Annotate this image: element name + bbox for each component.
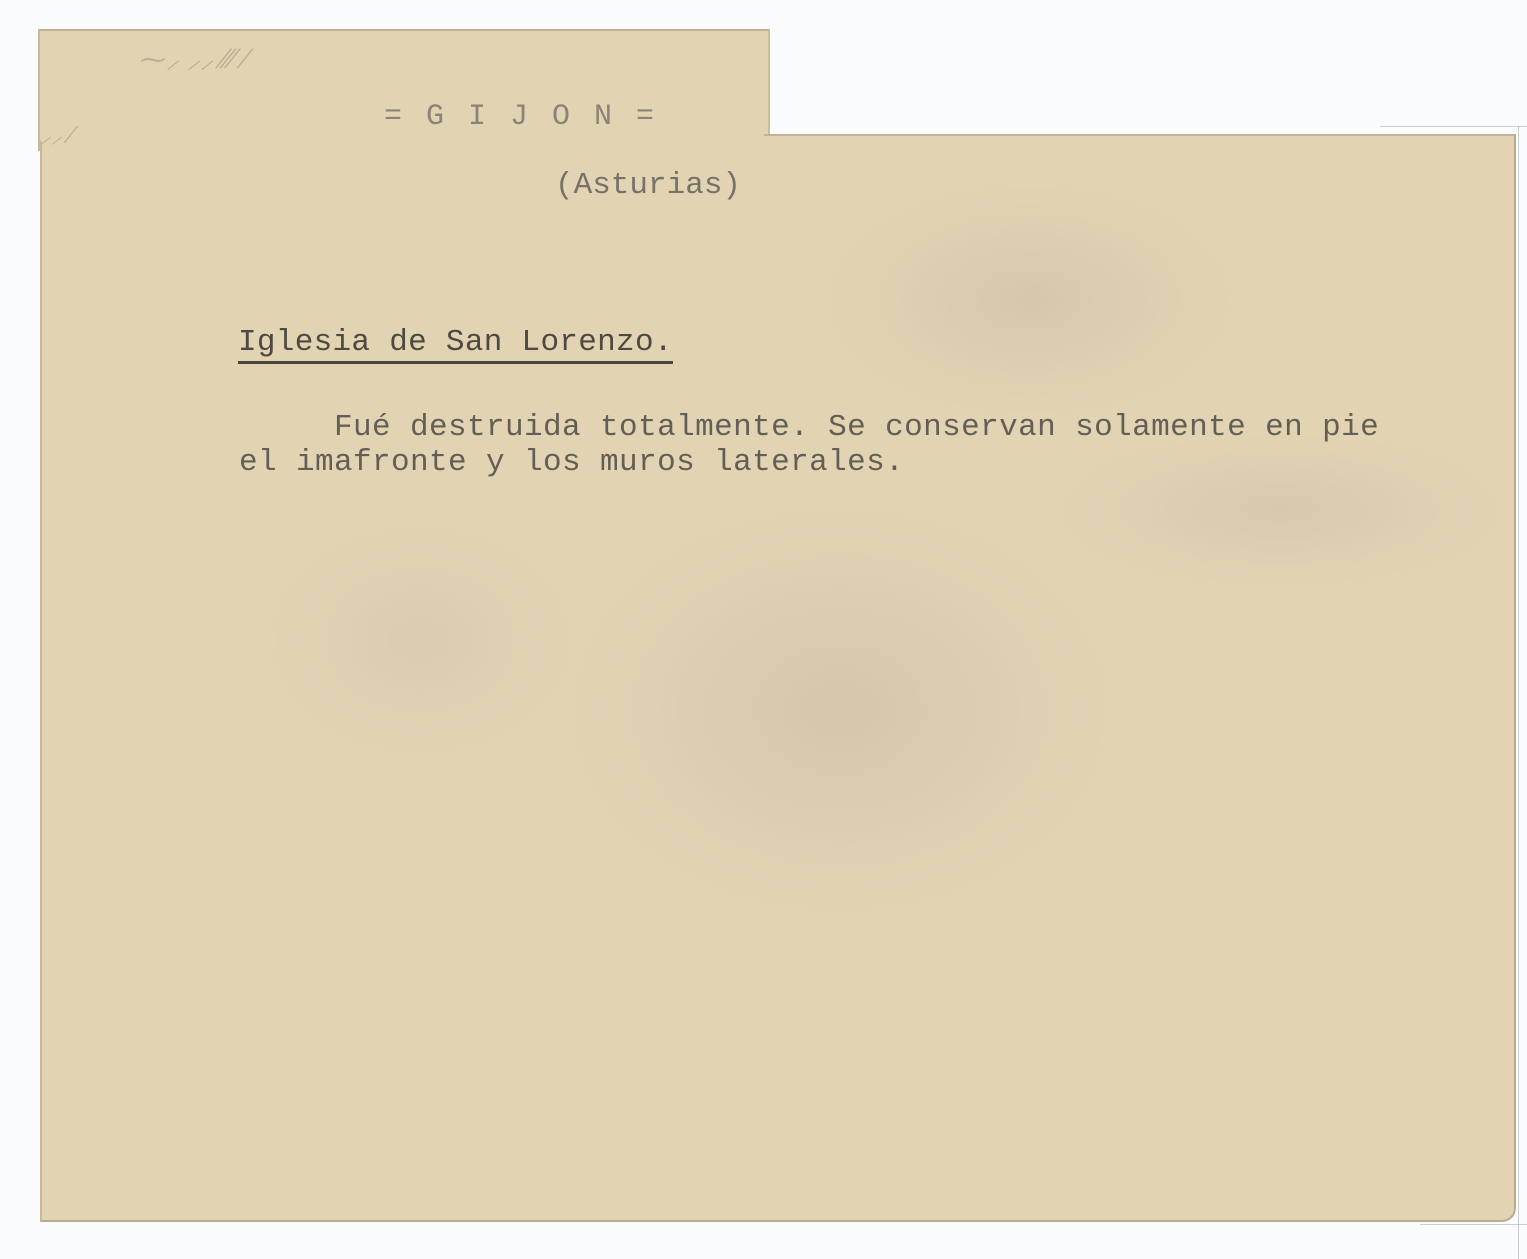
scan-guide-line-right [1518,126,1519,1259]
scan-canvas: ⁓⸝ ⸝⸝ ⁄⁄⁄ ⁄ ⸝⸝ ⁄ = G I J O N = (Asturias… [0,0,1527,1259]
index-card-body [40,134,1516,1222]
scan-guide-line-bottom [1420,1224,1527,1225]
header-region: (Asturias) [555,168,741,203]
pencil-annotation-margin: ⸝⸝ ⁄ [40,120,73,150]
pencil-annotation-top: ⁓⸝ ⸝⸝ ⁄⁄⁄ ⁄ [140,40,247,76]
body-text-line-1: Fué destruida totalmente. Se conservan s… [239,410,1379,445]
entry-title: Iglesia de San Lorenzo. [238,325,673,364]
scan-guide-line-top [1380,126,1527,127]
body-text-line-2: el imafronte y los muros laterales. [239,445,904,480]
header-city: = G I J O N = [384,100,657,134]
